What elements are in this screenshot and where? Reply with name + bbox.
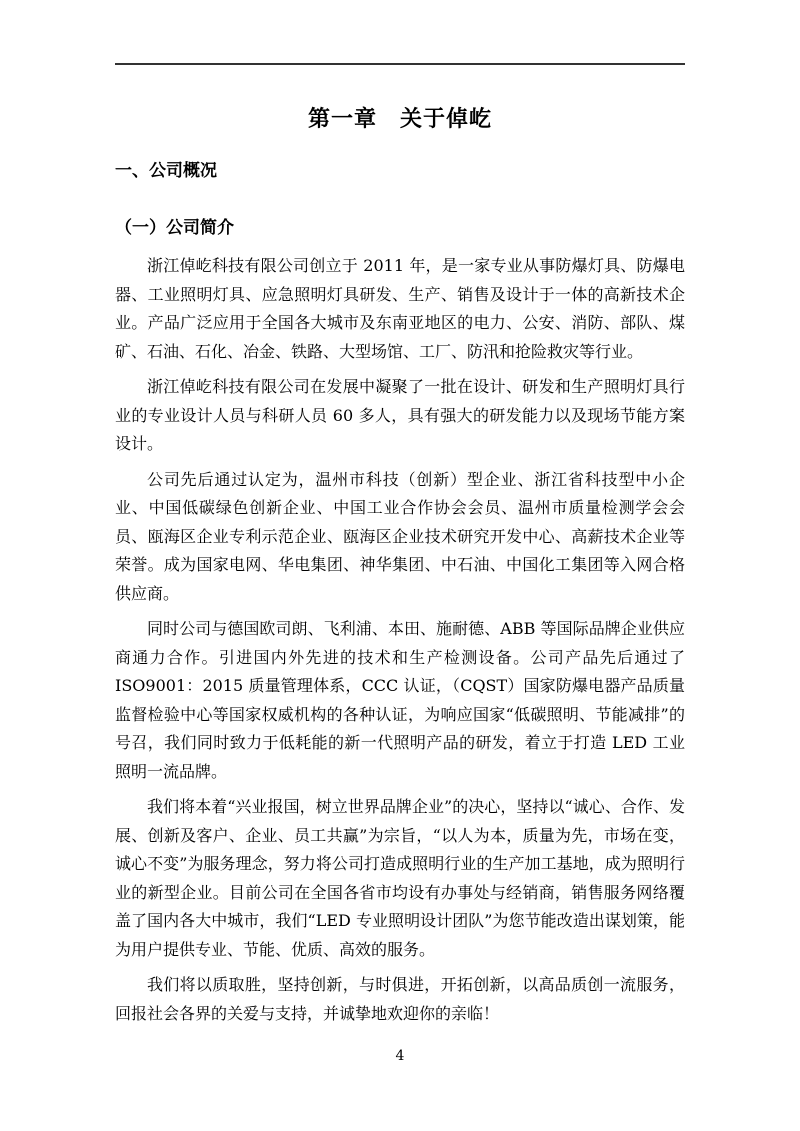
body-paragraph-6: 我们将以质取胜，坚持创新，与时俱进，开拓创新，以高品质创一流服务，回报社会各界的… (115, 971, 685, 1028)
page-number: 4 (0, 1046, 800, 1066)
body-paragraph-5: 我们将本着“兴业报国，树立世界品牌企业”的决心，坚持以“诚心、合作、发展、创新及… (115, 793, 685, 964)
subsection-heading-company-intro: （一）公司简介 (115, 214, 685, 242)
body-paragraph-1: 浙江倬屹科技有限公司创立于 2011 年，是一家专业从事防爆灯具、防爆电器、工业… (115, 252, 685, 366)
page-content: 第一章 关于倬屹 一、公司概况 （一）公司简介 浙江倬屹科技有限公司创立于 20… (115, 0, 685, 1028)
document-page: 第一章 关于倬屹 一、公司概况 （一）公司简介 浙江倬屹科技有限公司创立于 20… (0, 0, 800, 1131)
section-heading-company-overview: 一、公司概况 (115, 157, 685, 185)
body-paragraph-4: 同时公司与德国欧司朗、飞利浦、本田、施耐德、ABB 等国际品牌企业供应商通力合作… (115, 615, 685, 786)
chapter-title: 第一章 关于倬屹 (115, 103, 685, 135)
body-paragraph-2: 浙江倬屹科技有限公司在发展中凝聚了一批在设计、研发和生产照明灯具行业的专业设计人… (115, 373, 685, 459)
body-paragraph-3: 公司先后通过认定为，温州市科技（创新）型企业、浙江省科技型中小企业、中国低碳绿色… (115, 466, 685, 609)
